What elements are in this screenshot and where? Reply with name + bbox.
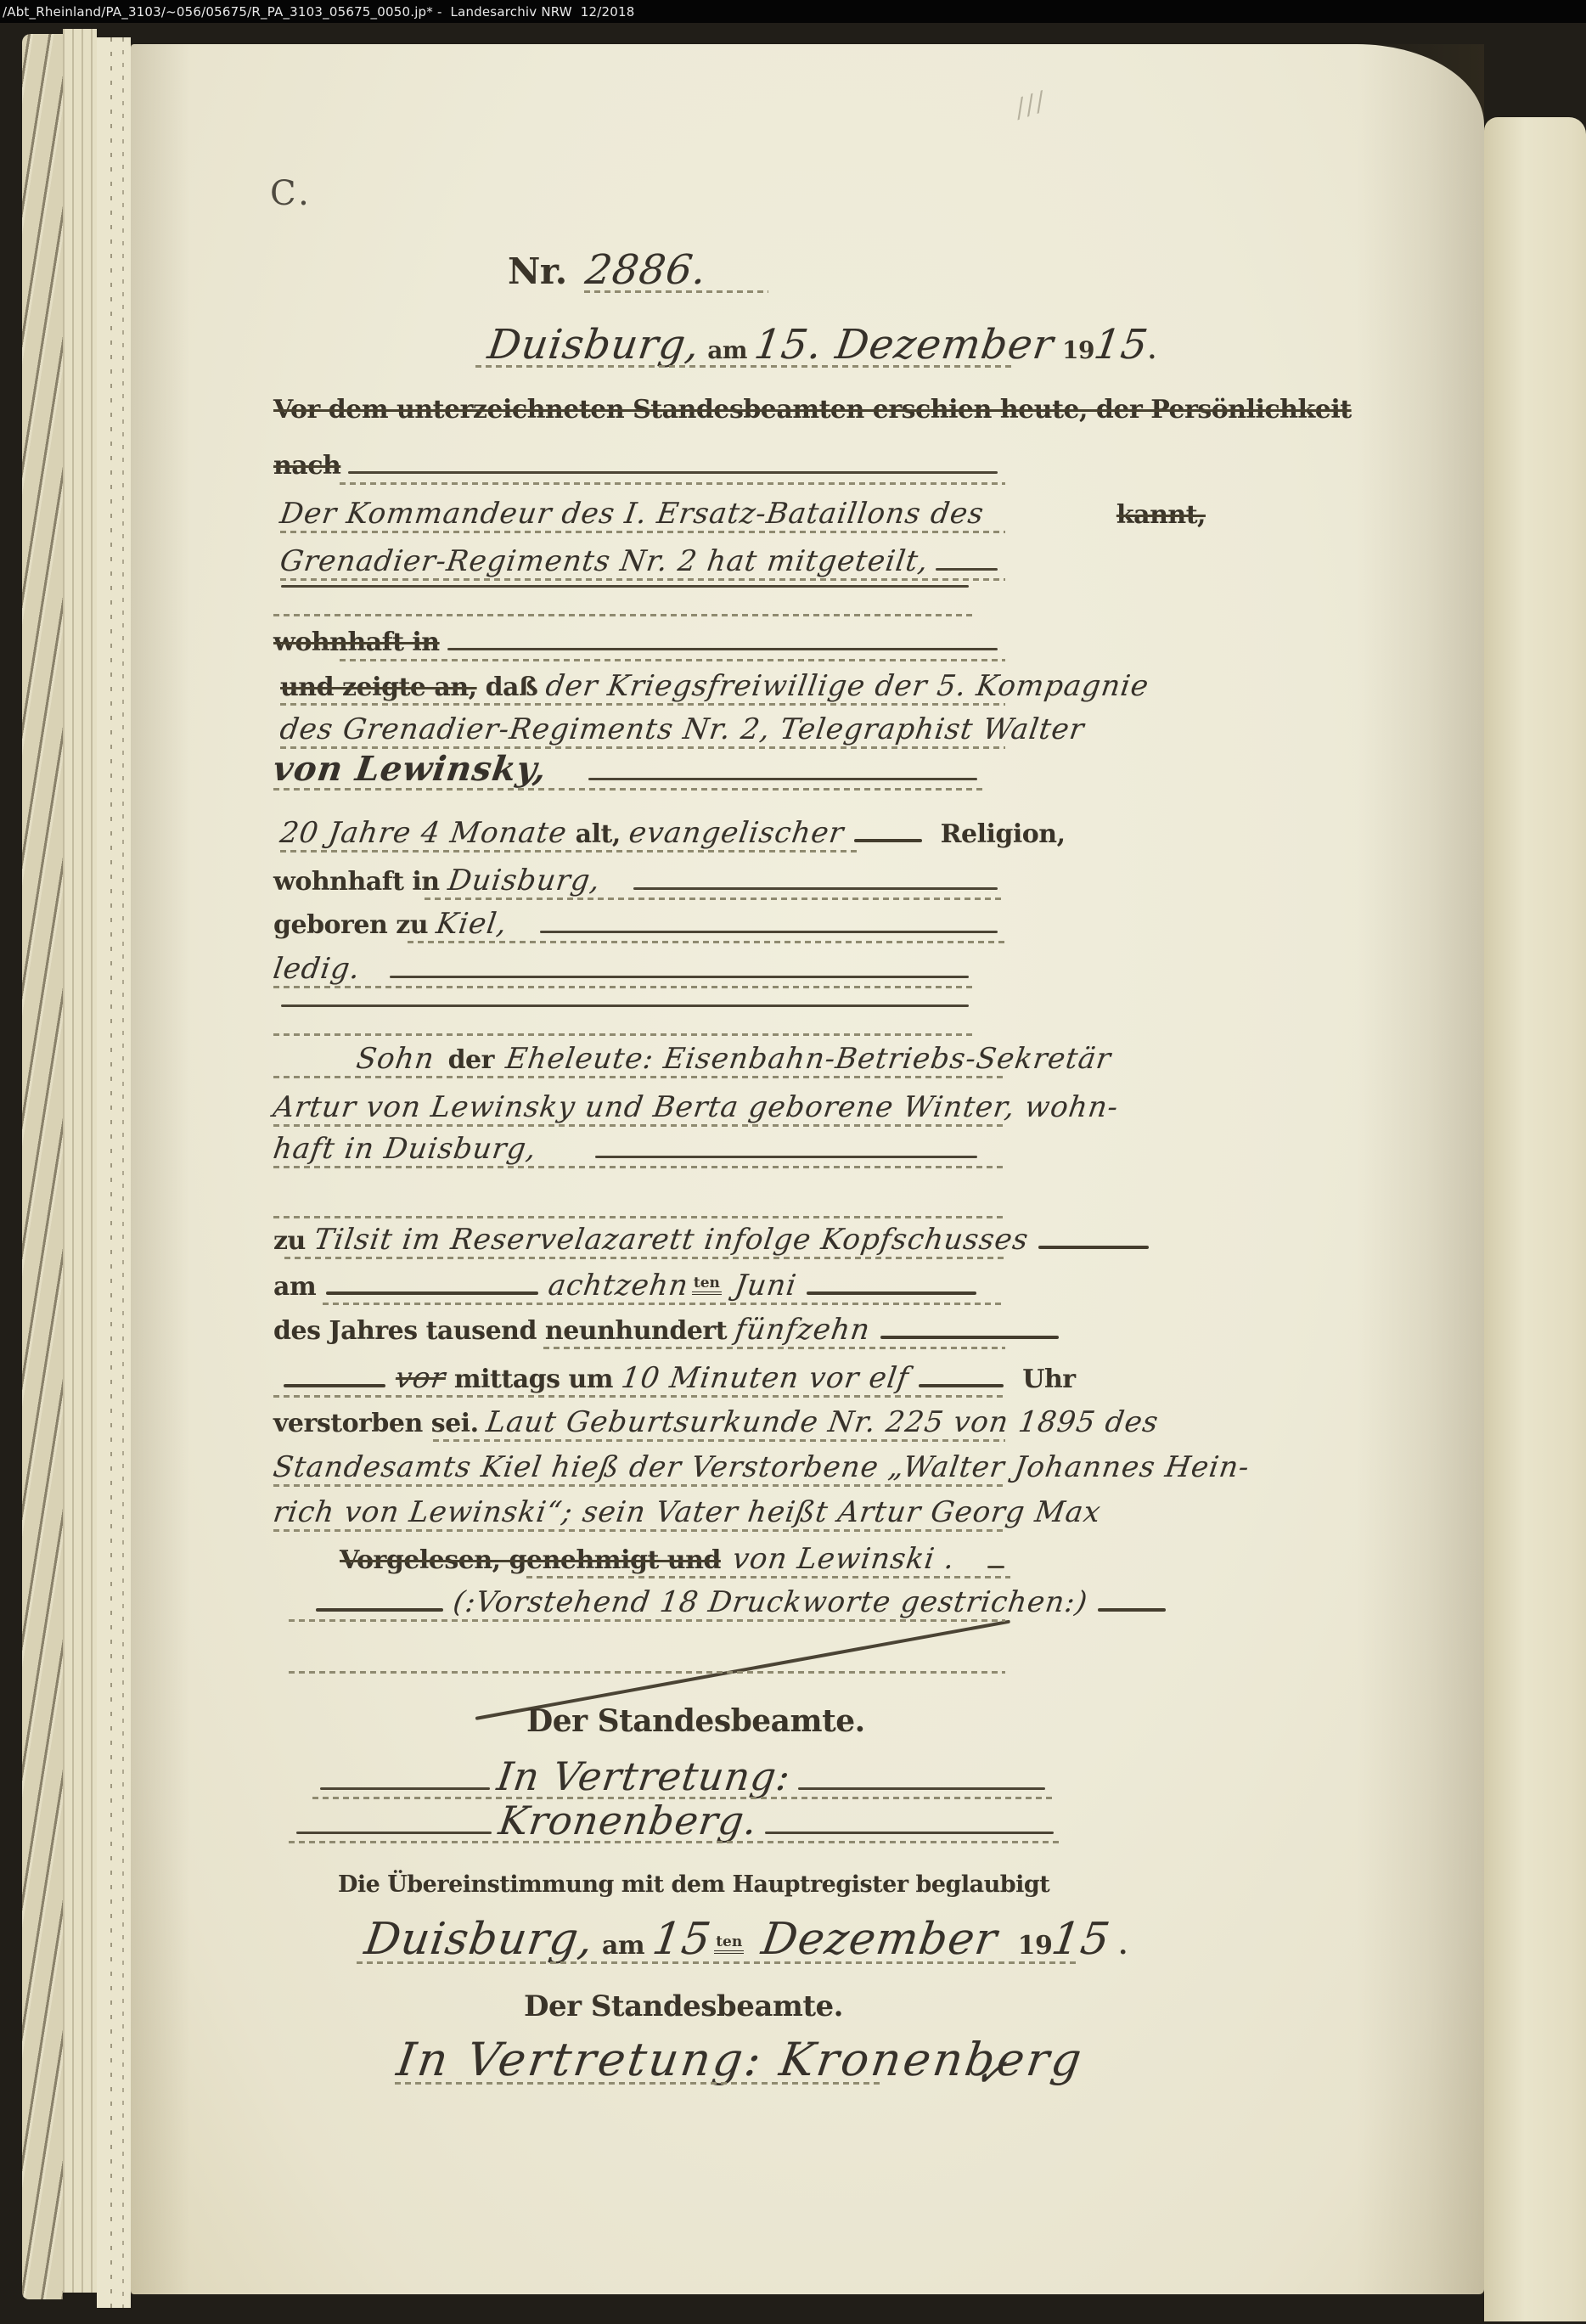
handwritten-entry-large: In Vertretung: [495,1757,793,1796]
printed-dotted-rule [323,1303,1005,1305]
printed-dotted-rule [584,290,768,293]
printed-superscript: ten [692,1276,722,1295]
pen-dash [807,1291,976,1295]
printed-dotted-rule [284,1257,1005,1259]
spacer [1054,357,1062,358]
form-line: Duisburg, am 15ten Dezember1915 . [365,1917,1127,1961]
printed-dotted-rule [273,1216,1005,1218]
printed-dotted-rule [289,1671,1005,1674]
spacer [984,522,1116,523]
printed-dotted-rule [395,2082,883,2085]
handwritten-entry: Artur von Lewinsky und Berta geborene Wi… [272,1093,1121,1122]
pen-dash [854,839,922,842]
form-line: Vor dem unterzeichneten Standesbeamten e… [273,397,1352,423]
handwritten-entry: rich von Lewinski“; sein Vater heißt Art… [272,1498,1103,1527]
form-line: C. [270,177,312,211]
form-line: SohnderEheleute: Eisenbahn-Betriebs-Sekr… [273,1044,1111,1073]
pen-dash [1038,1246,1149,1249]
printed-dotted-rule [273,788,985,791]
printed-form-text: 19 [1018,1933,1053,1959]
handwritten-entry: (:Vorstehend 18 Druckworte gestrichen:) [452,1588,1090,1617]
printed-form-text: verstorben sei. [273,1411,486,1437]
spacer [954,1567,980,1568]
handwritten-entry: von Lewinski . [730,1545,956,1573]
printed-dotted-rule [543,1347,1005,1349]
handwritten-entry: Sohn [355,1044,436,1073]
spacer [435,1067,448,1068]
handwritten-entry-large: 2886. [582,250,709,290]
pen-stroke-line [588,778,977,780]
handwritten-entry: Der Kommandeur des I. Ersatz-Bataillons … [278,499,986,528]
printed-form-text-struck: Vorgelesen, genehmigt und [340,1548,721,1573]
form-line: geboren zu Kiel, [273,909,1005,938]
handwritten-entry-large: 15. Dezember [752,324,1057,365]
pen-stroke-line [540,931,998,933]
printed-dotted-rule [340,659,1005,661]
spacer [537,1157,588,1158]
printed-dotted-rule [289,1619,1005,1622]
pen-stroke-line [320,1787,490,1790]
pencil-marks: ∕∕∕ [1011,86,1049,124]
printed-form-text: des Jahres tausend neunhundert [273,1319,735,1344]
printed-dotted-rule [273,1395,1005,1398]
pen-dash [326,1291,538,1295]
printed-dotted-rule [273,1124,1005,1127]
pen-stroke-line [296,1832,492,1834]
printed-dotted-rule [273,1033,976,1036]
printed-dotted-rule [340,482,1005,485]
form-line: rich von Lewinski“; sein Vater heißt Art… [273,1498,1100,1527]
printed-dotted-rule [273,1529,1005,1532]
printed-form-text: Die Übereinstimmung mit dem Hauptregiste… [338,1873,1049,1896]
form-line: Nr.2886. [508,250,706,290]
pen-stroke-line [765,1832,1054,1834]
pen-stroke-line [281,585,969,588]
printed-form-text-struck: nach [273,453,340,479]
handwritten-entry: achtzehn [547,1271,690,1300]
printed-form-text-struck: Vor dem unterzeichneten Standesbeamten e… [273,397,1352,423]
form-line: von Lewinsky, [273,752,985,786]
handwritten-entry: Standesamts Kiel hieß der Verstorbene „W… [272,1453,1251,1482]
pen-stroke-line [390,976,969,978]
printed-form-text-struck: und zeigte an, [280,675,477,701]
form-line: und zeigte an, daß der Kriegsfreiwillige… [280,672,1149,701]
form-line: Artur von Lewinsky und Berta geborene Wi… [273,1093,1118,1122]
printed-form-text: 19 [1062,339,1094,363]
printed-form-text-struck: wohnhaft in [273,630,440,656]
printed-heading-text: Der Standesbeamte. [524,1992,843,2021]
form-line: ✓ [975,2055,1007,2092]
handwritten-entry: Grenadier-Regiments Nr. 2 hat mitgeteilt… [278,547,931,576]
handwritten-entry: haft in Duisburg, [272,1134,539,1163]
handwritten-entry-large: Kronenberg. [497,1801,761,1840]
form-line: In Vertretung: [312,1757,1053,1796]
pen-dash [316,1608,443,1612]
printed-dotted-rule [526,1576,1010,1578]
corner-letter-text: C. [270,177,312,211]
pen-stroke-line [633,887,998,890]
handwritten-entry-large: Dezember [745,1917,1001,1961]
form-line: vor mittags um 10 Minuten vor elf Uhr [273,1364,1076,1393]
form-line: Vorgelesen, genehmigt undvon Lewinski . [340,1545,1010,1573]
printed-dotted-rule [273,614,976,616]
handwritten-entry-large: 15 [1049,1917,1113,1961]
pen-dash [1098,1608,1166,1612]
pen-stroke-line [595,1156,977,1158]
printed-form-text: der [448,1048,494,1073]
form-line: Der Standesbeamte. [526,1706,865,1736]
printed-form-text: wohnhaft in [273,869,448,895]
handwritten-entry: des Grenadier-Regiments Nr. 2, Telegraph… [278,715,1087,744]
spacer [507,932,532,933]
printed-form-text: mittags um [446,1367,621,1393]
spacer [567,283,586,284]
printed-dotted-rule [273,1484,1005,1487]
printed-form-text: zu [273,1229,314,1254]
form-line: haft in Duisburg, [273,1134,985,1163]
handwritten-entry: 10 Minuten vor elf [620,1364,911,1393]
handwritten-entry: Eheleute: Eisenbahn-Betriebs-Sekretär [504,1044,1113,1073]
spacer [360,977,382,978]
printed-form-text: am [273,1275,316,1300]
form-line: Grenadier-Regiments Nr. 2 hat mitgeteilt… [280,547,1005,576]
printed-dotted-rule [273,986,976,988]
printed-form-text: geboren zu [273,913,436,938]
form-line: verstorben sei. Laut Geburtsurkunde Nr. … [273,1408,1159,1437]
printed-dotted-rule [280,578,1005,581]
printed-dotted-rule [273,1166,1005,1168]
form-line: zu Tilsit im Reservelazarett infolge Kop… [273,1225,1159,1254]
handwritten-entry: Tilsit im Reservelazarett infolge Kopfsc… [312,1225,1030,1254]
handwritten-entry-large: 15 [1092,324,1151,365]
printed-dotted-rule [280,850,858,853]
form-line: Der Standesbeamte. [524,1992,843,2021]
spacer [998,1953,1018,1954]
handwritten-entry: Juni [723,1271,799,1300]
pen-stroke-line [281,1004,969,1007]
pen-dash [880,1336,1059,1339]
form-line: Duisburg, am 15. Dezember1915. [488,324,1156,365]
spacer [600,889,626,890]
handwritten-entry: 20 Jahre 4 Monate [278,819,570,847]
printed-form-text: alt, [567,822,629,847]
pen-dash [919,1384,1004,1387]
printed-dotted-rule [280,531,1005,533]
printed-dotted-rule [289,1841,1061,1843]
form-line: ledig. [273,954,976,983]
register-page-content: ∕∕∕ C.Nr.2886.Duisburg, am 15. Dezember1… [0,0,1586,2324]
printed-dotted-rule [273,1076,1005,1078]
handwritten-entry: fünfzehn [734,1315,873,1344]
printed-form-text: am [700,339,755,363]
handwritten-entry: Kiel, [435,909,509,938]
handwritten-entry: der Kriegsfreiwillige der 5. Kompagnie [544,672,1151,701]
form-line: des Grenadier-Regiments Nr. 2, Telegraph… [280,715,1084,744]
handwritten-entry: ✓ [972,2055,1010,2092]
archive-image-viewer: /Abt_Rheinland/PA_3103/~056/05675/R_PA_3… [0,0,1586,2324]
pen-stroke-line [348,471,998,474]
pen-stroke-line [987,1566,1004,1568]
printed-superscript: ten [714,1935,744,1954]
printed-heading-text: Der Standesbeamte. [526,1706,865,1736]
printed-form-text: Nr. [508,254,567,290]
handwritten-entry: ledig. [272,954,363,983]
pen-stroke-line [798,1787,1045,1790]
form-line: wohnhaft in Duisburg, [273,866,1005,895]
form-line: wohnhaft in [273,630,1005,656]
printed-form-text-struck: kannt, [1116,503,1206,528]
handwritten-entry-large: Duisburg, [362,1917,596,1961]
handwritten-entry-large: Duisburg, [486,324,703,365]
form-line: Standesamts Kiel hieß der Verstorbene „W… [273,1453,1250,1482]
spacer [547,779,581,780]
printed-form-text: . [1148,339,1156,363]
pen-stroke-line [936,568,998,571]
form-line: amachtzehnten Juni [273,1271,987,1303]
form-line: (:Vorstehend 18 Druckworte gestrichen:) [306,1588,1176,1617]
printed-dotted-rule [408,941,1005,943]
pen-dash [284,1384,385,1387]
pen-stroke-line [447,648,998,650]
form-line: nach [273,453,1005,479]
form-line: Der Kommandeur des I. Ersatz-Bataillons … [280,499,1206,528]
form-line: des Jahres tausend neunhundert fünfzehn [273,1315,1069,1344]
printed-dotted-rule [357,1961,1078,1964]
handwritten-entry: Laut Geburtsurkunde Nr. 225 von 1895 des [485,1408,1161,1437]
printed-form-text: . [1111,1933,1128,1959]
handwritten-entry-struck: vor [394,1364,448,1393]
form-line: 20 Jahre 4 Monate alt, evangelischer Rel… [280,819,1066,847]
form-line [273,585,976,588]
printed-dotted-rule [280,703,1005,706]
handwritten-entry-large: 15 [650,1917,713,1961]
printed-dotted-rule [475,365,1015,368]
spacer [273,1067,357,1068]
handwritten-name-emphasis: von Lewinsky, [271,752,548,786]
handwritten-entry: evangelischer [627,819,846,847]
printed-form-text: Uhr [1014,1367,1075,1393]
handwritten-entry: Duisburg, [446,866,602,895]
form-line [273,1004,976,1007]
printed-dotted-rule [425,898,1005,900]
form-line: Kronenberg. [289,1801,1061,1840]
printed-form-text: am [593,1933,653,1959]
printed-dotted-rule [433,1439,1005,1442]
printed-form-text: Religion, [932,822,1066,847]
printed-form-text: daß [477,675,547,701]
form-line: Die Übereinstimmung mit dem Hauptregiste… [338,1873,1049,1896]
